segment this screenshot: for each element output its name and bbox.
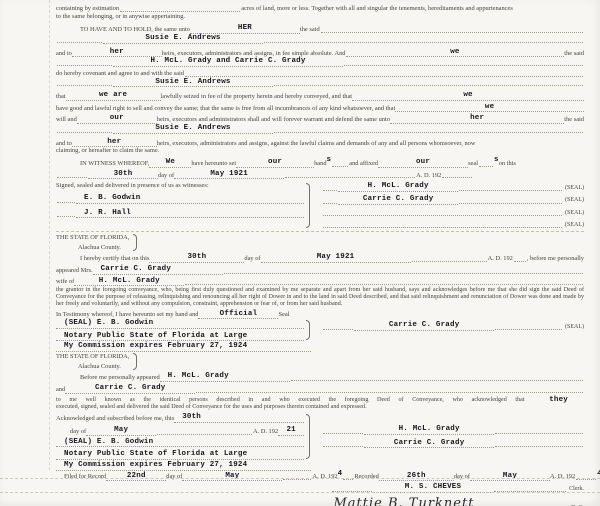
typed-entry: her [72,138,157,148]
appeared-line: appeared Mrs. Carrie C. Grady [56,265,584,275]
acknowledged-line: Acknowledged and subscribed before me, t… [56,413,304,423]
typed-witness1-signature: E. B. Godwin [76,194,304,204]
dotted-blank [196,392,583,393]
typed-filed-month: May [182,472,282,482]
dotted-blank [120,11,240,12]
binding-margin-rule [49,0,50,470]
printed-text: In Testimony whereof, I have hereunto se… [56,311,198,319]
typed-exec-date: May 1921 [174,170,284,180]
typed-official: Official [198,310,278,320]
dotted-blank [57,65,112,66]
typed-entry: we [346,48,565,58]
typed-entry: We [149,158,191,168]
typed-they: they [533,396,584,404]
typed-entry: our [378,158,468,168]
typed-entry: our [77,114,157,124]
dotted-blank [57,85,112,86]
dotted-blank [274,85,583,86]
dotted-blank [323,190,337,191]
certify-line: I hereby certify that on this 30th day o… [56,253,584,263]
typed-wife-name: Carrie C. Grady [93,265,223,275]
state-line: THE STATE OF FLORIDA, [56,353,129,361]
dotted-blank [479,166,493,167]
dotted-blank [224,273,583,274]
dotted-blank [495,446,583,447]
blank-seal-line-1: (SEAL) [322,210,584,217]
ack-date-line: day of May A. D. 192 21 [56,426,304,436]
typed-grantee-name: Susie E. Andrews [113,124,273,134]
printed-text: Before me personally appeared [80,374,160,382]
typed-ack-day: 30th [149,253,244,263]
handwritten-deputy-signature: Mattie B. Turknett [325,496,569,506]
seal-label: (SEAL) [565,324,584,331]
printed-text: executed, signed, sealed and delivered t… [56,404,367,410]
printed-text: the said [564,50,584,58]
printed-text: Seal [278,311,289,319]
printed-text: lawfully seized in fee of the property h… [161,93,352,101]
dower-signature-column: Carrie C. Grady (SEAL) [312,319,584,341]
before-appeared-line: Before me personally appeared H. McL. Gr… [56,372,584,382]
printed-text: day of [244,255,260,263]
dotted-blank [344,65,583,66]
printed-text: A. D. 192 [416,172,441,180]
column-brace-mark [306,414,310,459]
notary2-title-line: Notary Public State of Florida at Large [56,450,304,460]
typed-grantor-signature-1: H. McL. Grady [338,182,458,192]
dotted-blank [283,479,311,480]
dotted-blank [459,203,562,204]
state-heading-2: THE STATE OF FLORIDA, Alachua County. [56,353,584,370]
printed-text: will and [56,116,77,124]
printed-text: day of [158,172,174,180]
printed-text: I hereby certify that on this [80,255,149,263]
belonging-line: to the same belonging, or in anywise app… [56,13,584,21]
seal-label: (SEAL) [565,210,584,217]
typed-entry: we are [66,91,161,101]
typed-filed-year: 4 [338,470,343,479]
printed-text: have hereunto set [191,160,236,168]
signatures-column: H. McL. Grady (SEAL) Carrie C. Grady (SE… [312,182,584,229]
dotted-blank [185,76,583,77]
typed-plural-s: s [494,156,499,165]
printed-text: seal [468,160,478,168]
dotted-blank [185,284,583,285]
page-edge-line [0,478,600,479]
notary2-column: Acknowledged and subscribed before me, t… [56,413,304,460]
typed-witness2-signature: J. R. Hall [76,209,304,219]
printed-text: containing by estimation [56,5,119,13]
typed-grantee-name: Susie E. Andrews [113,78,273,88]
dotted-blank [323,329,353,330]
county-line: Alachua County. [56,244,129,252]
column-brace-mark [306,320,310,340]
dotted-blank [323,446,363,447]
testimony-line: In Testimony whereof, I have hereunto se… [56,310,584,320]
column-brace-mark [306,183,310,228]
printed-text: Alachua County. [78,363,121,371]
claiming-line: claiming, or hereafter to claim the same… [56,147,584,155]
typed-filed-day: 22nd [106,472,166,482]
printed-text: and to [56,50,72,58]
grantee-name-line-3: Susie E. Andrews [56,124,584,134]
covenant-line: do hereby covenant and agree to and with… [56,70,584,78]
ack-signature-line-1: H. McL. Grady [322,425,584,435]
dotted-blank [291,380,583,381]
witness-signature-block: Signed, sealed and delivered in presence… [56,182,584,229]
printed-text: and [56,386,65,394]
printed-text: THE STATE OF FLORIDA, [56,234,129,242]
typed-notary-seal-signature: (SEAL) E. B. Godwin [56,438,304,448]
dower-paragraph: the grantor in the foregoing conveyance,… [56,287,584,308]
printed-text: to the same belonging, or in anywise app… [56,13,185,21]
typed-grantor2-name: Carrie C. Grady [65,384,195,394]
typed-entry: we [395,103,584,113]
against-claims-line: and to her heirs, executors, administrat… [56,138,584,148]
notary2-seal-sig-line: (SEAL) E. B. Godwin [56,438,304,448]
typed-notary-seal-signature: (SEAL) E. B. Godwin [56,319,304,329]
brace-mark [133,353,137,370]
dotted-blank [264,42,583,43]
blank-seal-line-2: (SEAL) [322,222,584,229]
dotted-blank [332,166,348,167]
grantee-name-line: Susie E. Andrews [56,34,584,44]
notary1-commission-line: My Commission expires February 27, 1924 [56,342,584,352]
dotted-blank [343,479,353,480]
dotted-blank [57,132,112,133]
wife-of-line: wife of H. McL. Grady [56,277,584,287]
printed-text: have good and lawful right to sell and c… [56,105,395,113]
typed-recorded-month: May [470,472,550,482]
printed-text: acres of land, more or less. Together wi… [241,5,513,13]
printed-text: IN WITNESS WHEREOF, [80,160,149,168]
grantor-seal-line-2: Carrie C. Grady (SEAL) [322,195,584,205]
dotted-blank [285,177,415,178]
dotted-blank [57,202,75,203]
printed-text: to me well known as the identical person… [56,397,525,403]
printed-text: the said [300,26,320,34]
warrant-line: will and our heirs, executors and admini… [56,114,584,124]
printed-text: on this [499,160,516,168]
witness1-line: E. B. Godwin [56,194,304,204]
typed-exec-day: 30th [88,170,158,180]
printed-text: heirs, executors and administrators shal… [157,116,390,124]
printed-text: that [56,93,66,101]
seal-label: (SEAL) [565,222,584,229]
witness-whereof-line: IN WITNESS WHEREOF, We have hereunto set… [56,158,584,168]
and-to-heirs-line: and to her heirs, executors, administrat… [56,48,584,58]
printed-text: hand [314,160,326,168]
notary1-column: (SEAL) E. B. Godwin Notary Public State … [56,319,304,341]
grantee-name-line-2: Susie E. Andrews [56,78,584,88]
typed-grantee-name: Susie E. Andrews [103,34,263,44]
typed-plural-s: s [327,156,332,165]
printed-text: do hereby covenant and agree to and with… [56,70,184,78]
typed-entry: her [72,48,162,58]
typed-husband-name: H. McL. Grady [74,277,184,287]
printed-text: heirs, executors, administrators and ass… [162,50,346,58]
typed-commission-expiry: My Commission expires February 27, 1924 [56,461,311,471]
seal-label: (SEAL) [565,185,584,192]
handwritten-name: Mattie B. Turknett [333,496,474,506]
notary1-signature-block: (SEAL) E. B. Godwin Notary Public State … [56,319,584,341]
county-line: Alachua County. [56,363,129,371]
printed-text: the said [564,116,584,124]
typed-commission-expiry: My Commission expires February 27, 1924 [56,342,311,352]
typed-notary-title: Notary Public State of Florida at Large [56,332,304,342]
typed-notary-title: Notary Public State of Florida at Large [56,450,304,460]
witness2-line: J. R. Hall [56,209,304,219]
dotted-blank [57,42,102,43]
dower-signature-line: Carrie C. Grady (SEAL) [322,321,584,331]
typed-ack-date: May 1921 [261,253,411,263]
dotted-blank [323,203,337,204]
typed-grantors-names: H. McL. Grady and Carrie C. Grady [113,57,343,67]
printed-text: and to [56,140,72,148]
containing-line: containing by estimation acres of land, … [56,5,584,13]
typed-grantor1-name: H. McL. Grady [160,372,290,382]
dotted-blank [442,177,472,178]
and-grantor2-line: and Carrie C. Grady [56,384,584,394]
printed-text: Alachua County. [78,244,121,252]
printed-text: and affixed [349,160,378,168]
dotted-blank [514,261,526,262]
printed-text: heirs, executors, administrators and ass… [157,140,476,148]
good-right-line: have good and lawful right to sell and c… [56,103,584,113]
typed-entry: our [236,158,314,168]
notary2-commission-line: My Commission expires February 27, 1924 [56,461,584,471]
typed-ack2-month: May [86,426,156,436]
typed-entry-her: HER [190,24,300,34]
printed-text: appeared Mrs. [56,267,93,275]
printed-text: Signed, sealed and delivered in presence… [56,182,209,190]
printed-text: wife of [56,278,74,286]
grantor-seal-line-1: H. McL. Grady (SEAL) [322,182,584,192]
typed-recorded-day: 26th [379,472,454,482]
notary1-title-line: Notary Public State of Florida at Large [56,332,304,342]
acknowledgment-paragraph: to me well known as the identical person… [56,396,584,412]
notary1-seal-sig-line: (SEAL) E. B. Godwin [56,319,304,329]
ack-signature-line-2: Carrie C. Grady [322,439,584,449]
acknowledged-block: Acknowledged and subscribed before me, t… [56,413,584,460]
typed-dower-signature: Carrie C. Grady [354,321,494,331]
dotted-blank [576,479,596,480]
state-heading-1: THE STATE OF FLORIDA, Alachua County. [56,234,584,251]
dotted-blank [323,433,363,434]
execution-date-line: 30th day of May 1921 A. D. 192 [56,170,584,180]
witnesses-label-line: Signed, sealed and delivered in presence… [56,182,304,190]
page-edge-line [0,492,600,493]
witnesses-column: Signed, sealed and delivered in presence… [56,182,304,229]
typed-ack-signature-2: Carrie C. Grady [364,439,494,449]
deed-record-scan: containing by estimation acres of land, … [0,0,600,506]
dotted-blank [412,261,487,262]
dotted-blank [321,32,583,33]
typed-ack-signature-1: H. McL. Grady [364,425,494,435]
dotted-blank [323,215,562,216]
printed-text: Acknowledged and subscribed before me, t… [56,415,174,423]
dotted-blank [459,190,562,191]
state-line: THE STATE OF FLORIDA, [56,234,129,242]
dotted-blank [495,329,562,330]
dotted-blank [57,177,87,178]
printed-text: , before me personally [527,255,584,263]
grantors-name-line: H. McL. Grady and Carrie C. Grady [56,57,584,67]
dotted-blank [274,132,583,133]
typed-grantor-signature-2: Carrie C. Grady [338,195,458,205]
habendum-line: TO HAVE AND TO HOLD, the same unto HER t… [56,24,584,34]
typed-entry: her [390,114,564,124]
dotted-blank [157,434,252,435]
printed-text: day of [70,428,86,436]
brace-mark [133,234,137,251]
ack-signatures-column: H. McL. Grady Carrie C. Grady [312,413,584,460]
typed-entry: we [352,91,584,101]
deputy-clerk-line: By Mattie B. Turknett D. C. [56,496,584,506]
printed-text: claiming, or hereafter to claim the same… [56,147,159,155]
seized-line: that we are lawfully seized in fee of th… [56,91,584,101]
dotted-blank [495,433,583,434]
section-divider [56,231,584,232]
printed-text: TO HAVE AND TO HOLD, the same unto [80,26,190,34]
printed-text: A. D. 192 [488,255,513,263]
printed-text: THE STATE OF FLORIDA, [56,353,129,361]
printed-text: A. D. 192 [253,428,278,436]
filed-record-line: Filed for Record 22nd day of May A. D. 1… [56,472,584,482]
dotted-blank [323,227,562,228]
dotted-blank [57,216,75,217]
seal-label: (SEAL) [565,197,584,204]
typed-ack2-year: 21 [278,426,304,436]
typed-ack2-day: 30th [174,413,304,423]
